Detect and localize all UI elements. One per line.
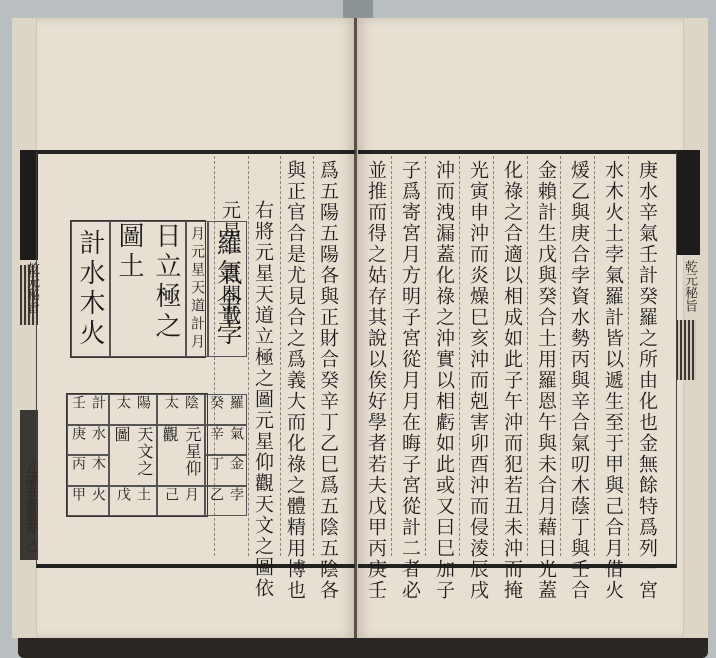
table-cell: 金丁: [205, 455, 247, 486]
left-margin-title: 乾元秘旨: [22, 262, 41, 314]
table-cell: 月元星天道計月: [186, 221, 208, 357]
table-cell: 羅癸: [205, 394, 247, 425]
table-cell: 計壬: [67, 394, 109, 425]
column-rule: [459, 156, 460, 556]
text-column: 子爲寄宮月方明子宮從月月在晦子宮從計二者必: [400, 160, 419, 601]
column-rule: [560, 156, 561, 556]
book-spine-top: [343, 0, 373, 20]
text-column: 煖乙與庚合孛資水勢丙與辛合氣叨木蔭丁與壬合: [569, 160, 588, 601]
text-column: 庚水辛氣壬計癸羅之所由化也金無餘特爲列一宮: [637, 160, 656, 601]
table-cell: 土戊: [109, 486, 157, 517]
table-cell: 日立極之圖土: [110, 221, 186, 357]
text-column: 右將元星天道立極之圖元星仰觀天文之圖依: [253, 200, 272, 599]
table-cell: 火甲: [67, 486, 109, 517]
table-cell: 元星仰觀: [157, 425, 205, 486]
text-column: 光寅申沖而炎燥巳亥沖而剋害卯酉沖而侵淩辰戌: [468, 160, 487, 601]
planet-table-secondary: 計壬 陽太 陰太 羅癸 水庚 天文之圖 元星仰觀 氣辛 木丙 金丁 火甲 土戊 …: [66, 393, 208, 517]
table-cell: 陰太: [157, 394, 205, 425]
text-column: 並推而得之姑存其說以俟好學者若夫戊甲丙庚壬: [366, 160, 385, 601]
table-cell: 木丙: [67, 455, 109, 486]
text-column: 沖而洩漏蓋化祿之沖實以相虧如此或又曰巳加子: [434, 160, 453, 601]
text-column: 與正官合是尤見合之爲義大而化祿之體精用博也: [285, 160, 304, 601]
right-fishtail-texture: [676, 320, 696, 380]
table-cell: 陽太: [109, 394, 157, 425]
volume-mark: 己: [23, 540, 40, 552]
column-rule: [493, 156, 494, 556]
column-rule: [527, 156, 528, 556]
table-cell: 計水木火: [71, 221, 110, 357]
column-rule: [280, 156, 281, 556]
table-cell: 羅氣金孛: [208, 221, 247, 357]
table-cell: 水庚: [67, 425, 109, 456]
series-colophon: 五讀書齋叢書: [23, 462, 40, 534]
column-rule: [391, 156, 392, 556]
column-rule: [628, 156, 629, 556]
text-column: 水木火土孛氣羅計皆以遞生至于甲與己合月借火: [603, 160, 622, 601]
table-cell: 孛乙: [205, 486, 247, 517]
book-shadow: [18, 636, 708, 658]
right-fishtail-band: [676, 150, 700, 255]
text-column: 化祿之合適以相成如此子午沖而犯若丑未沖而掩: [502, 160, 521, 601]
table-cell: 天文之圖: [109, 425, 157, 486]
column-rule: [248, 156, 249, 556]
column-rule: [425, 156, 426, 556]
column-rule: [594, 156, 595, 556]
text-column: 金賴計生戊與癸合土用羅恩午與未合月藉日光蓋: [536, 160, 555, 601]
planet-table-main: 計水木火 日立極之圖土 月元星天道計月 羅氣金孛: [70, 220, 206, 358]
table-cell: 月己: [157, 486, 205, 517]
table-cell: 氣辛: [205, 425, 247, 456]
text-column: 爲五陽五陽各與正財合癸辛丁乙巳爲五陰五陰各: [318, 160, 337, 601]
right-margin-title: 乾元秘旨: [680, 260, 699, 312]
column-rule: [313, 156, 314, 556]
